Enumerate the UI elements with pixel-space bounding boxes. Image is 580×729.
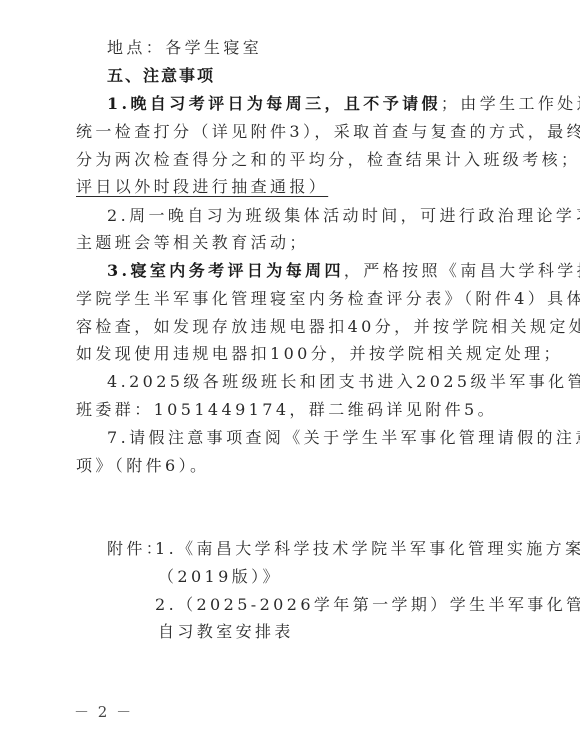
- item4-line2: 班委群：1051449174，群二维码详见附件5。: [76, 400, 512, 420]
- item2-line2: 主题班会等相关教育活动；: [76, 233, 512, 253]
- section-heading: 五、注意事项: [107, 66, 543, 86]
- item3-line4: 如发现使用违规电器扣100分，并按学院相关规定处理；: [76, 344, 512, 364]
- item4-line1: 4.2025级各班级班长和团支书进入2025级半军事化管理: [107, 372, 543, 392]
- item1-line4-underlined: 评日以外时段进行抽查通报）: [76, 177, 512, 197]
- item7-line1: 7.请假注意事项查阅《关于学生半军事化管理请假的注意事: [107, 428, 543, 448]
- item1-line3: 分为两次检查得分之和的平均分，检查结果计入班级考核；（考: [76, 150, 512, 170]
- item3-line1: 3.寝室内务考评日为每周四，严格按照《南昌大学科学技术: [107, 261, 543, 281]
- item7-line2: 项》（附件6）。: [76, 456, 512, 476]
- location-line: 地点：各学生寝室: [107, 38, 543, 58]
- attachment-1-line1: 1.《南昌大学科学技术学院半军事化管理实施方案: [155, 539, 515, 559]
- item2-line1: 2.周一晚自习为班级集体活动时间，可进行政治理论学习或: [107, 206, 543, 226]
- attachment-2-line1: 2.（2025-2026学年第一学期）学生半军事化管理晚: [155, 595, 515, 615]
- item3-line3: 容检查，如发现存放违规电器扣40分，并按学院相关规定处理；: [76, 317, 512, 337]
- item3-bold: 3.寝室内务考评日为每周四: [107, 261, 344, 280]
- attachment-2-line2: 自习教室安排表: [158, 622, 518, 642]
- page-number: － 2 －: [74, 701, 133, 722]
- item1-rest: ；由学生工作处进行: [441, 94, 580, 113]
- item1-bold: 1.晚自习考评日为每周三，且不予请假: [107, 94, 441, 113]
- attachment-1-line2: （2019版）》: [158, 567, 518, 587]
- item3-rest: ，严格按照《南昌大学科学技术: [344, 261, 580, 280]
- item1-line2: 统一检查打分（详见附件3），采取首查与复查的方式，最终得: [76, 122, 512, 142]
- document-page: 地点：各学生寝室 五、注意事项 1.晚自习考评日为每周三，且不予请假；由学生工作…: [0, 0, 580, 729]
- item3-line2: 学院学生半军事化管理寝室内务检查评分表》（附件4）具体内: [76, 289, 512, 309]
- item1-line3-plain: 分为两次检查得分之和的平均分，检查结果计入班级考核；: [76, 150, 580, 169]
- item1-line1: 1.晚自习考评日为每周三，且不予请假；由学生工作处进行: [107, 94, 543, 114]
